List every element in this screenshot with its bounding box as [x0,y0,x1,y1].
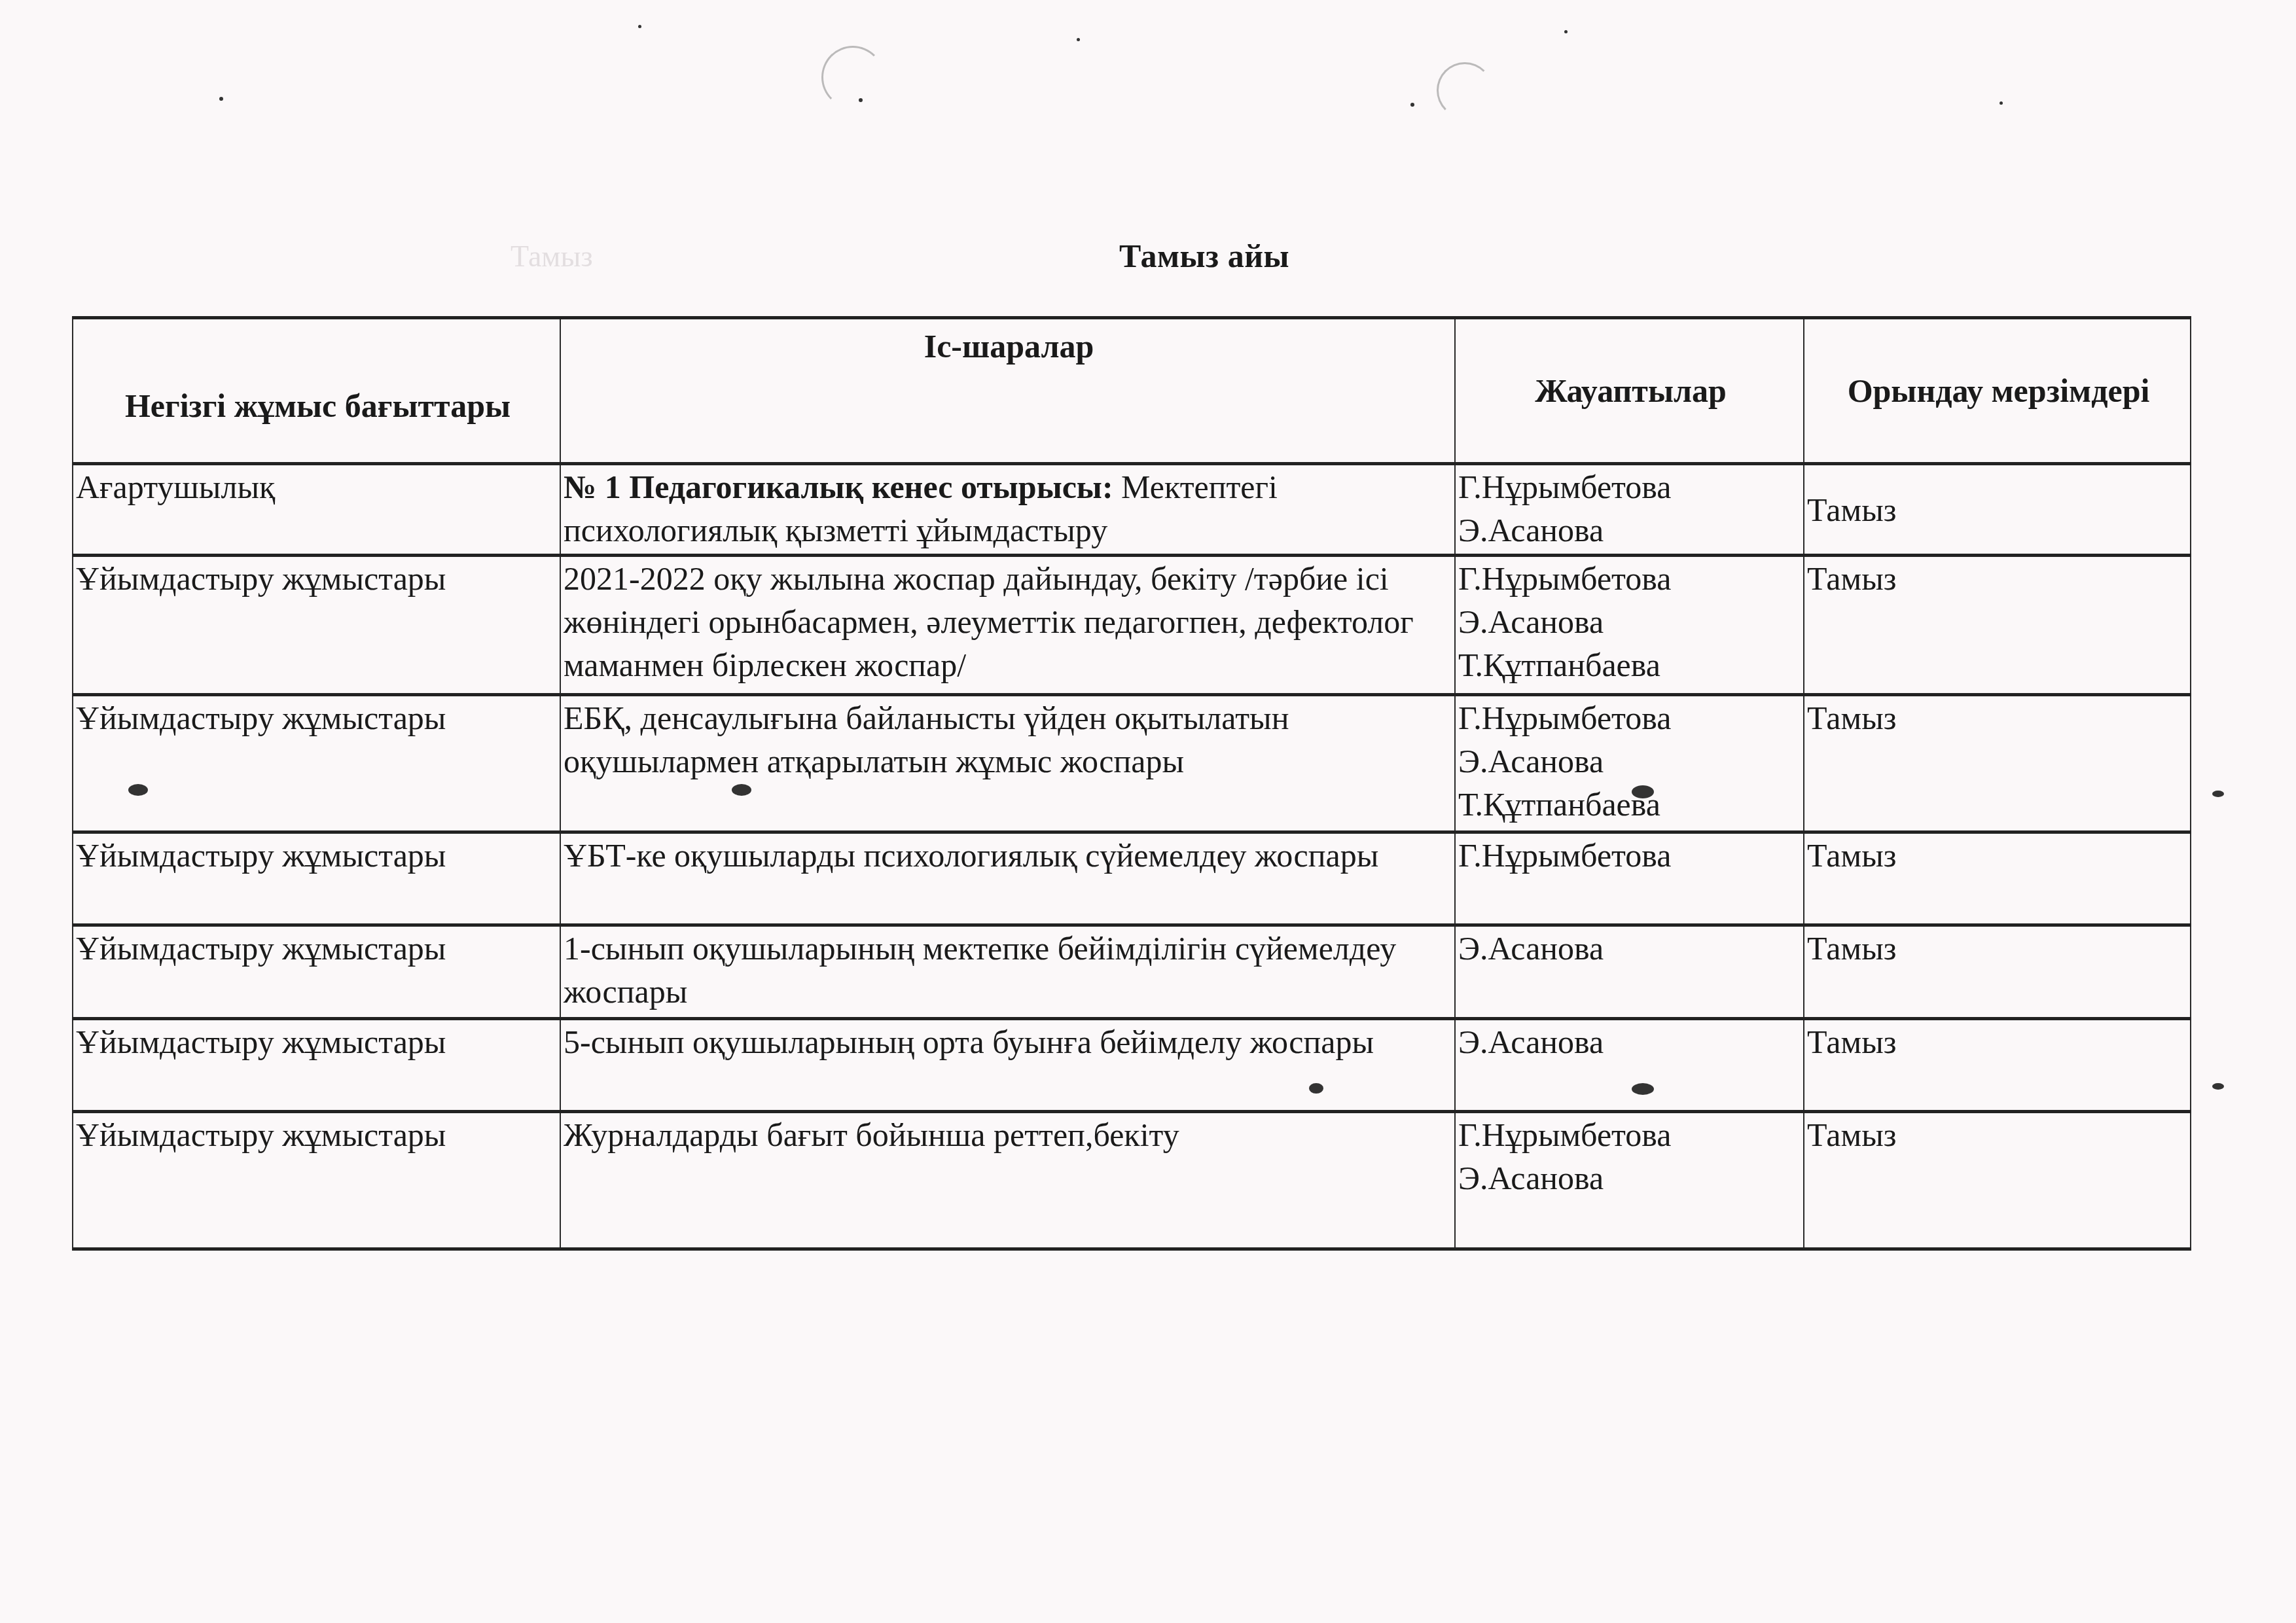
responsible-name: Э.Асанова [1458,508,1803,552]
table-row: Ағартушылық № 1 Педагогикалық кенес отыр… [73,464,2191,556]
cell-activity: ҰБТ-ке оқушыларды психологиялық сүйемелд… [560,832,1455,925]
cell-direction: Ағартушылық [73,464,560,556]
plan-table: Негізгі жұмыс бағыттары Іс-шаралар Жауап… [72,316,2191,1251]
table-row: Ұйымдастыру жұмыстары 2021-2022 оқу жылы… [73,556,2191,695]
cell-deadline: Тамыз [1804,695,2191,832]
cell-responsible: Г.Нұрымбетова Э.Асанова [1455,464,1804,556]
header-activities: Іс-шаралар [560,318,1455,464]
toner-blot [1632,785,1654,798]
cell-activity: 1-сынып оқушыларының мектепке бейімділіг… [560,925,1455,1019]
cell-deadline: Тамыз [1804,832,2191,925]
cell-deadline: Тамыз [1804,556,2191,695]
scan-speck [638,25,641,28]
cell-responsible: Э.Асанова [1455,925,1804,1019]
header-directions: Негізгі жұмыс бағыттары [73,318,560,464]
activity-bold-prefix: № 1 Педагогикалық кенес отырысы: [564,469,1113,505]
scan-speck [1410,103,1414,107]
toner-blot [1309,1083,1323,1094]
cell-direction: Ұйымдастыру жұмыстары [73,925,560,1019]
cell-deadline: Тамыз [1804,1019,2191,1112]
toner-blot [732,784,751,796]
cell-deadline: Тамыз [1804,925,2191,1019]
toner-blot [128,784,148,796]
responsible-name: Т.Құтпанбаева [1458,783,1803,826]
document-title: Тамыз айы [0,237,2296,275]
responsible-name: Э.Асанова [1458,1020,1803,1063]
scan-speck [859,98,863,102]
responsible-name: Т.Құтпанбаева [1458,643,1803,687]
cell-deadline: Тамыз [1804,464,2191,556]
cell-direction: Ұйымдастыру жұмыстары [73,1019,560,1112]
responsible-name: Г.Нұрымбетова [1458,1113,1803,1156]
punch-hole-mark [821,46,884,109]
toner-blot [2212,791,2224,797]
scan-speck [219,97,223,101]
cell-responsible: Г.Нұрымбетова Э.Асанова Т.Құтпанбаева [1455,556,1804,695]
responsible-name: Э.Асанова [1458,740,1803,783]
cell-direction: Ұйымдастыру жұмыстары [73,1112,560,1249]
cell-activity: 2021-2022 оқу жылына жоспар дайындау, бе… [560,556,1455,695]
responsible-name: Г.Нұрымбетова [1458,557,1803,600]
responsible-name: Г.Нұрымбетова [1458,834,1803,877]
cell-direction: Ұйымдастыру жұмыстары [73,695,560,832]
scan-speck [1564,30,1568,33]
cell-responsible: Г.Нұрымбетова [1455,832,1804,925]
toner-blot [1632,1083,1654,1095]
cell-responsible: Г.Нұрымбетова Э.Асанова Т.Құтпанбаева [1455,695,1804,832]
cell-responsible: Э.Асанова [1455,1019,1804,1112]
cell-direction: Ұйымдастыру жұмыстары [73,832,560,925]
cell-activity: № 1 Педагогикалық кенес отырысы: Мектепт… [560,464,1455,556]
header-deadline: Орындау мерзімдері [1804,318,2191,464]
punch-hole-mark [1437,62,1493,118]
table-row: Ұйымдастыру жұмыстары ЕБҚ, денсаулығына … [73,695,2191,832]
table-header-row: Негізгі жұмыс бағыттары Іс-шаралар Жауап… [73,318,2191,464]
cell-deadline: Тамыз [1804,1112,2191,1249]
responsible-name: Э.Асанова [1458,927,1803,970]
table-row: Ұйымдастыру жұмыстары ҰБТ-ке оқушыларды … [73,832,2191,925]
table-row: Ұйымдастыру жұмыстары 1-сынып оқушыларын… [73,925,2191,1019]
cell-responsible: Г.Нұрымбетова Э.Асанова [1455,1112,1804,1249]
responsible-name: Э.Асанова [1458,600,1803,643]
cell-activity: ЕБҚ, денсаулығына байланысты үйден оқыты… [560,695,1455,832]
header-responsible: Жауаптылар [1455,318,1804,464]
table-row: Ұйымдастыру жұмыстары Журналдарды бағыт … [73,1112,2191,1249]
cell-direction: Ұйымдастыру жұмыстары [73,556,560,695]
responsible-name: Г.Нұрымбетова [1458,465,1803,508]
table-row: Ұйымдастыру жұмыстары 5-сынып оқушыларын… [73,1019,2191,1112]
toner-blot [2212,1083,2224,1090]
scan-speck [2000,101,2003,105]
cell-activity: 5-сынып оқушыларының орта буынға бейімде… [560,1019,1455,1112]
responsible-name: Э.Асанова [1458,1156,1803,1200]
cell-activity: Журналдарды бағыт бойынша реттеп,бекіту [560,1112,1455,1249]
scan-speck [1077,38,1080,41]
responsible-name: Г.Нұрымбетова [1458,696,1803,740]
